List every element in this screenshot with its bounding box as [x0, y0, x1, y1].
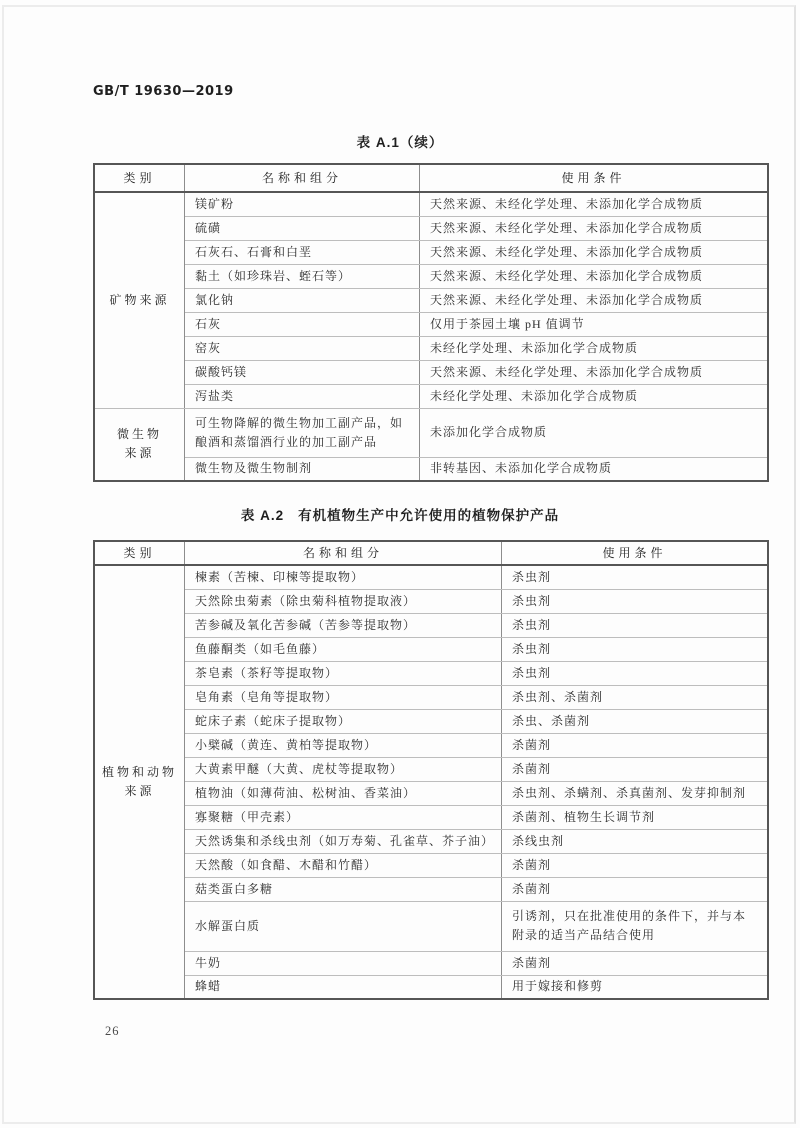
condition-cell: 杀菌剂: [502, 757, 769, 781]
name-cell: 小檗碱（黄连、黄柏等提取物）: [185, 733, 502, 757]
condition-cell: 未经化学处理、未添加化学合成物质: [420, 336, 769, 360]
table-row: 天然酸（如食醋、木醋和竹醋） 杀菌剂: [94, 853, 768, 877]
table-row: 苦参碱及氧化苦参碱（苦参等提取物） 杀虫剂: [94, 613, 768, 637]
table-row: 碳酸钙镁 天然来源、未经化学处理、未添加化学合成物质: [94, 360, 768, 384]
table-a2-title-text: 有机植物生产中允许使用的植物保护产品: [298, 508, 559, 523]
name-cell: 窑灰: [185, 336, 420, 360]
table-row: 植物和动物 来源 楝素（苦楝、印楝等提取物） 杀虫剂: [94, 565, 768, 589]
table-row: 天然除虫菊素（除虫菊科植物提取液） 杀虫剂: [94, 589, 768, 613]
condition-cell: 杀虫剂: [502, 613, 769, 637]
table-row: 石灰石、石膏和白垩 天然来源、未经化学处理、未添加化学合成物质: [94, 240, 768, 264]
header-name: 名称和组分: [185, 541, 502, 565]
table-header-row: 类别 名称和组分 使用条件: [94, 164, 768, 192]
category-cell: 植物和动物 来源: [94, 565, 185, 999]
header-category: 类别: [94, 541, 185, 565]
header-condition: 使用条件: [420, 164, 769, 192]
page-number: 26: [105, 1024, 120, 1039]
condition-cell: 杀虫、杀菌剂: [502, 709, 769, 733]
table-row: 微生物 来源 可生物降解的微生物加工副产品，如酿酒和蒸馏酒行业的加工副产品 未添…: [94, 408, 768, 457]
condition-cell: 天然来源、未经化学处理、未添加化学合成物质: [420, 216, 769, 240]
table-row: 石灰 仅用于茶园土壤 pH 值调节: [94, 312, 768, 336]
name-cell: 蛇床子素（蛇床子提取物）: [185, 709, 502, 733]
name-cell: 石灰石、石膏和白垩: [185, 240, 420, 264]
name-cell: 氯化钠: [185, 288, 420, 312]
condition-cell: 仅用于茶园土壤 pH 值调节: [420, 312, 769, 336]
name-cell: 茶皂素（茶籽等提取物）: [185, 661, 502, 685]
category-cell: 矿物来源: [94, 192, 185, 408]
document-code: GB/T 19630—2019: [93, 84, 234, 99]
condition-cell: 用于嫁接和修剪: [502, 975, 769, 999]
condition-cell: 天然来源、未经化学处理、未添加化学合成物质: [420, 360, 769, 384]
table-row: 茶皂素（茶籽等提取物） 杀虫剂: [94, 661, 768, 685]
condition-cell: 杀菌剂: [502, 733, 769, 757]
name-cell: 天然酸（如食醋、木醋和竹醋）: [185, 853, 502, 877]
name-cell: 植物油（如薄荷油、松树油、香菜油）: [185, 781, 502, 805]
name-cell: 菇类蛋白多糖: [185, 877, 502, 901]
name-cell: 水解蛋白质: [185, 901, 502, 951]
header-category: 类别: [94, 164, 185, 192]
name-cell: 蜂蜡: [185, 975, 502, 999]
table-row: 泻盐类 未经化学处理、未添加化学合成物质: [94, 384, 768, 408]
table-row: 天然诱集和杀线虫剂（如万寿菊、孔雀草、芥子油） 杀线虫剂: [94, 829, 768, 853]
condition-cell: 引诱剂，只在批准使用的条件下，并与本附录的适当产品结合使用: [502, 901, 769, 951]
table-row: 窑灰 未经化学处理、未添加化学合成物质: [94, 336, 768, 360]
name-cell: 苦参碱及氧化苦参碱（苦参等提取物）: [185, 613, 502, 637]
name-cell: 天然诱集和杀线虫剂（如万寿菊、孔雀草、芥子油）: [185, 829, 502, 853]
table-row: 蜂蜡 用于嫁接和修剪: [94, 975, 768, 999]
name-cell: 可生物降解的微生物加工副产品，如酿酒和蒸馏酒行业的加工副产品: [185, 408, 420, 457]
name-cell: 皂角素（皂角等提取物）: [185, 685, 502, 709]
table-a2-title-label: 表 A.2: [241, 508, 284, 523]
condition-cell: 杀虫剂: [502, 589, 769, 613]
name-cell: 天然除虫菊素（除虫菊科植物提取液）: [185, 589, 502, 613]
table-row: 寡聚糖（甲壳素） 杀菌剂、植物生长调节剂: [94, 805, 768, 829]
table-row: 菇类蛋白多糖 杀菌剂: [94, 877, 768, 901]
name-cell: 楝素（苦楝、印楝等提取物）: [185, 565, 502, 589]
condition-cell: 天然来源、未经化学处理、未添加化学合成物质: [420, 240, 769, 264]
table-a2: 类别 名称和组分 使用条件 植物和动物 来源 楝素（苦楝、印楝等提取物） 杀虫剂…: [93, 540, 769, 1000]
condition-cell: 杀虫剂: [502, 637, 769, 661]
condition-cell: 杀虫剂: [502, 565, 769, 589]
name-cell: 泻盐类: [185, 384, 420, 408]
condition-cell: 未经化学处理、未添加化学合成物质: [420, 384, 769, 408]
table-row: 鱼藤酮类（如毛鱼藤） 杀虫剂: [94, 637, 768, 661]
condition-cell: 天然来源、未经化学处理、未添加化学合成物质: [420, 288, 769, 312]
condition-cell: 天然来源、未经化学处理、未添加化学合成物质: [420, 264, 769, 288]
table-row: 小檗碱（黄连、黄柏等提取物） 杀菌剂: [94, 733, 768, 757]
condition-cell: 天然来源、未经化学处理、未添加化学合成物质: [420, 192, 769, 216]
table-row: 皂角素（皂角等提取物） 杀虫剂、杀菌剂: [94, 685, 768, 709]
table-a1-title: 表 A.1（续）: [0, 131, 800, 151]
condition-cell: 杀菌剂: [502, 853, 769, 877]
name-cell: 微生物及微生物制剂: [185, 457, 420, 481]
name-cell: 硫磺: [185, 216, 420, 240]
header-condition: 使用条件: [502, 541, 769, 565]
condition-cell: 杀菌剂、植物生长调节剂: [502, 805, 769, 829]
table-row: 硫磺 天然来源、未经化学处理、未添加化学合成物质: [94, 216, 768, 240]
name-cell: 石灰: [185, 312, 420, 336]
condition-cell: 杀虫剂、杀菌剂: [502, 685, 769, 709]
table-row: 水解蛋白质 引诱剂，只在批准使用的条件下，并与本附录的适当产品结合使用: [94, 901, 768, 951]
condition-cell: 杀菌剂: [502, 877, 769, 901]
table-a1: 类别 名称和组分 使用条件 矿物来源 镁矿粉 天然来源、未经化学处理、未添加化学…: [93, 163, 769, 482]
category-cell: 微生物 来源: [94, 408, 185, 481]
name-cell: 鱼藤酮类（如毛鱼藤）: [185, 637, 502, 661]
table-a2-title: 表 A.2有机植物生产中允许使用的植物保护产品: [0, 504, 800, 524]
condition-cell: 杀虫剂: [502, 661, 769, 685]
table-header-row: 类别 名称和组分 使用条件: [94, 541, 768, 565]
condition-cell: 杀虫剂、杀螨剂、杀真菌剂、发芽抑制剂: [502, 781, 769, 805]
name-cell: 黏土（如珍珠岩、蛭石等）: [185, 264, 420, 288]
name-cell: 大黄素甲醚（大黄、虎杖等提取物）: [185, 757, 502, 781]
condition-cell: 非转基因、未添加化学合成物质: [420, 457, 769, 481]
name-cell: 碳酸钙镁: [185, 360, 420, 384]
name-cell: 牛奶: [185, 951, 502, 975]
condition-cell: 未添加化学合成物质: [420, 408, 769, 457]
condition-cell: 杀线虫剂: [502, 829, 769, 853]
table-row: 植物油（如薄荷油、松树油、香菜油） 杀虫剂、杀螨剂、杀真菌剂、发芽抑制剂: [94, 781, 768, 805]
table-row: 矿物来源 镁矿粉 天然来源、未经化学处理、未添加化学合成物质: [94, 192, 768, 216]
table-row: 牛奶 杀菌剂: [94, 951, 768, 975]
name-cell: 寡聚糖（甲壳素）: [185, 805, 502, 829]
table-row: 大黄素甲醚（大黄、虎杖等提取物） 杀菌剂: [94, 757, 768, 781]
table-row: 蛇床子素（蛇床子提取物） 杀虫、杀菌剂: [94, 709, 768, 733]
table-row: 黏土（如珍珠岩、蛭石等） 天然来源、未经化学处理、未添加化学合成物质: [94, 264, 768, 288]
name-cell: 镁矿粉: [185, 192, 420, 216]
table-row: 氯化钠 天然来源、未经化学处理、未添加化学合成物质: [94, 288, 768, 312]
header-name: 名称和组分: [185, 164, 420, 192]
table-row: 微生物及微生物制剂 非转基因、未添加化学合成物质: [94, 457, 768, 481]
condition-cell: 杀菌剂: [502, 951, 769, 975]
